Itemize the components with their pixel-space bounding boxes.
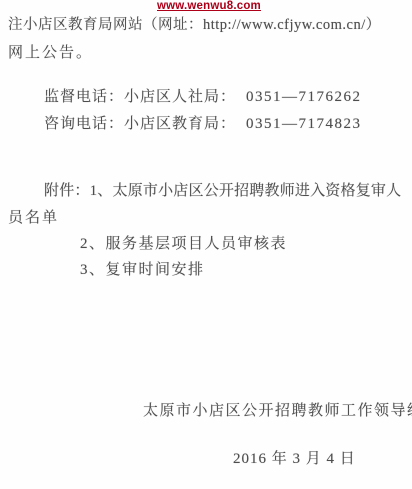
attachment-item-2: 2、服务基层项目人员审核表 [80, 232, 287, 253]
attachment-item-1-line-1: 附件：1、太原市小店区公开招聘教师进入资格复审人 [44, 179, 401, 200]
supervision-phone-number: 0351—7176262 [246, 89, 362, 106]
consultation-phone-row: 咨询电话：小店区教育局：0351—7174823 [44, 112, 362, 133]
intro-line-2: 网上公告。 [8, 41, 93, 62]
site-watermark: www.wenwu8.com [157, 0, 261, 12]
consultation-phone-number: 0351—7174823 [246, 116, 362, 133]
consultation-phone-label: 咨询电话：小店区教育局： [44, 116, 236, 132]
supervision-phone-label: 监督电话：小店区人社局： [44, 89, 236, 105]
document-date: 2016 年 3 月 4 日 [233, 447, 356, 468]
intro-line-1: 注小店区教育局网站（网址：http://www.cfjyw.com.cn/） [8, 13, 381, 34]
issuing-organization-signature: 太原市小店区公开招聘教师工作领导组 [143, 399, 412, 420]
scanned-notice-page: www.wenwu8.com 注小店区教育局网站（网址：http://www.c… [0, 0, 412, 489]
attachment-item-1-line-2: 员名单 [8, 206, 59, 227]
supervision-phone-row: 监督电话：小店区人社局：0351—7176262 [44, 85, 362, 106]
attachment-item-3: 3、复审时间安排 [80, 258, 205, 279]
